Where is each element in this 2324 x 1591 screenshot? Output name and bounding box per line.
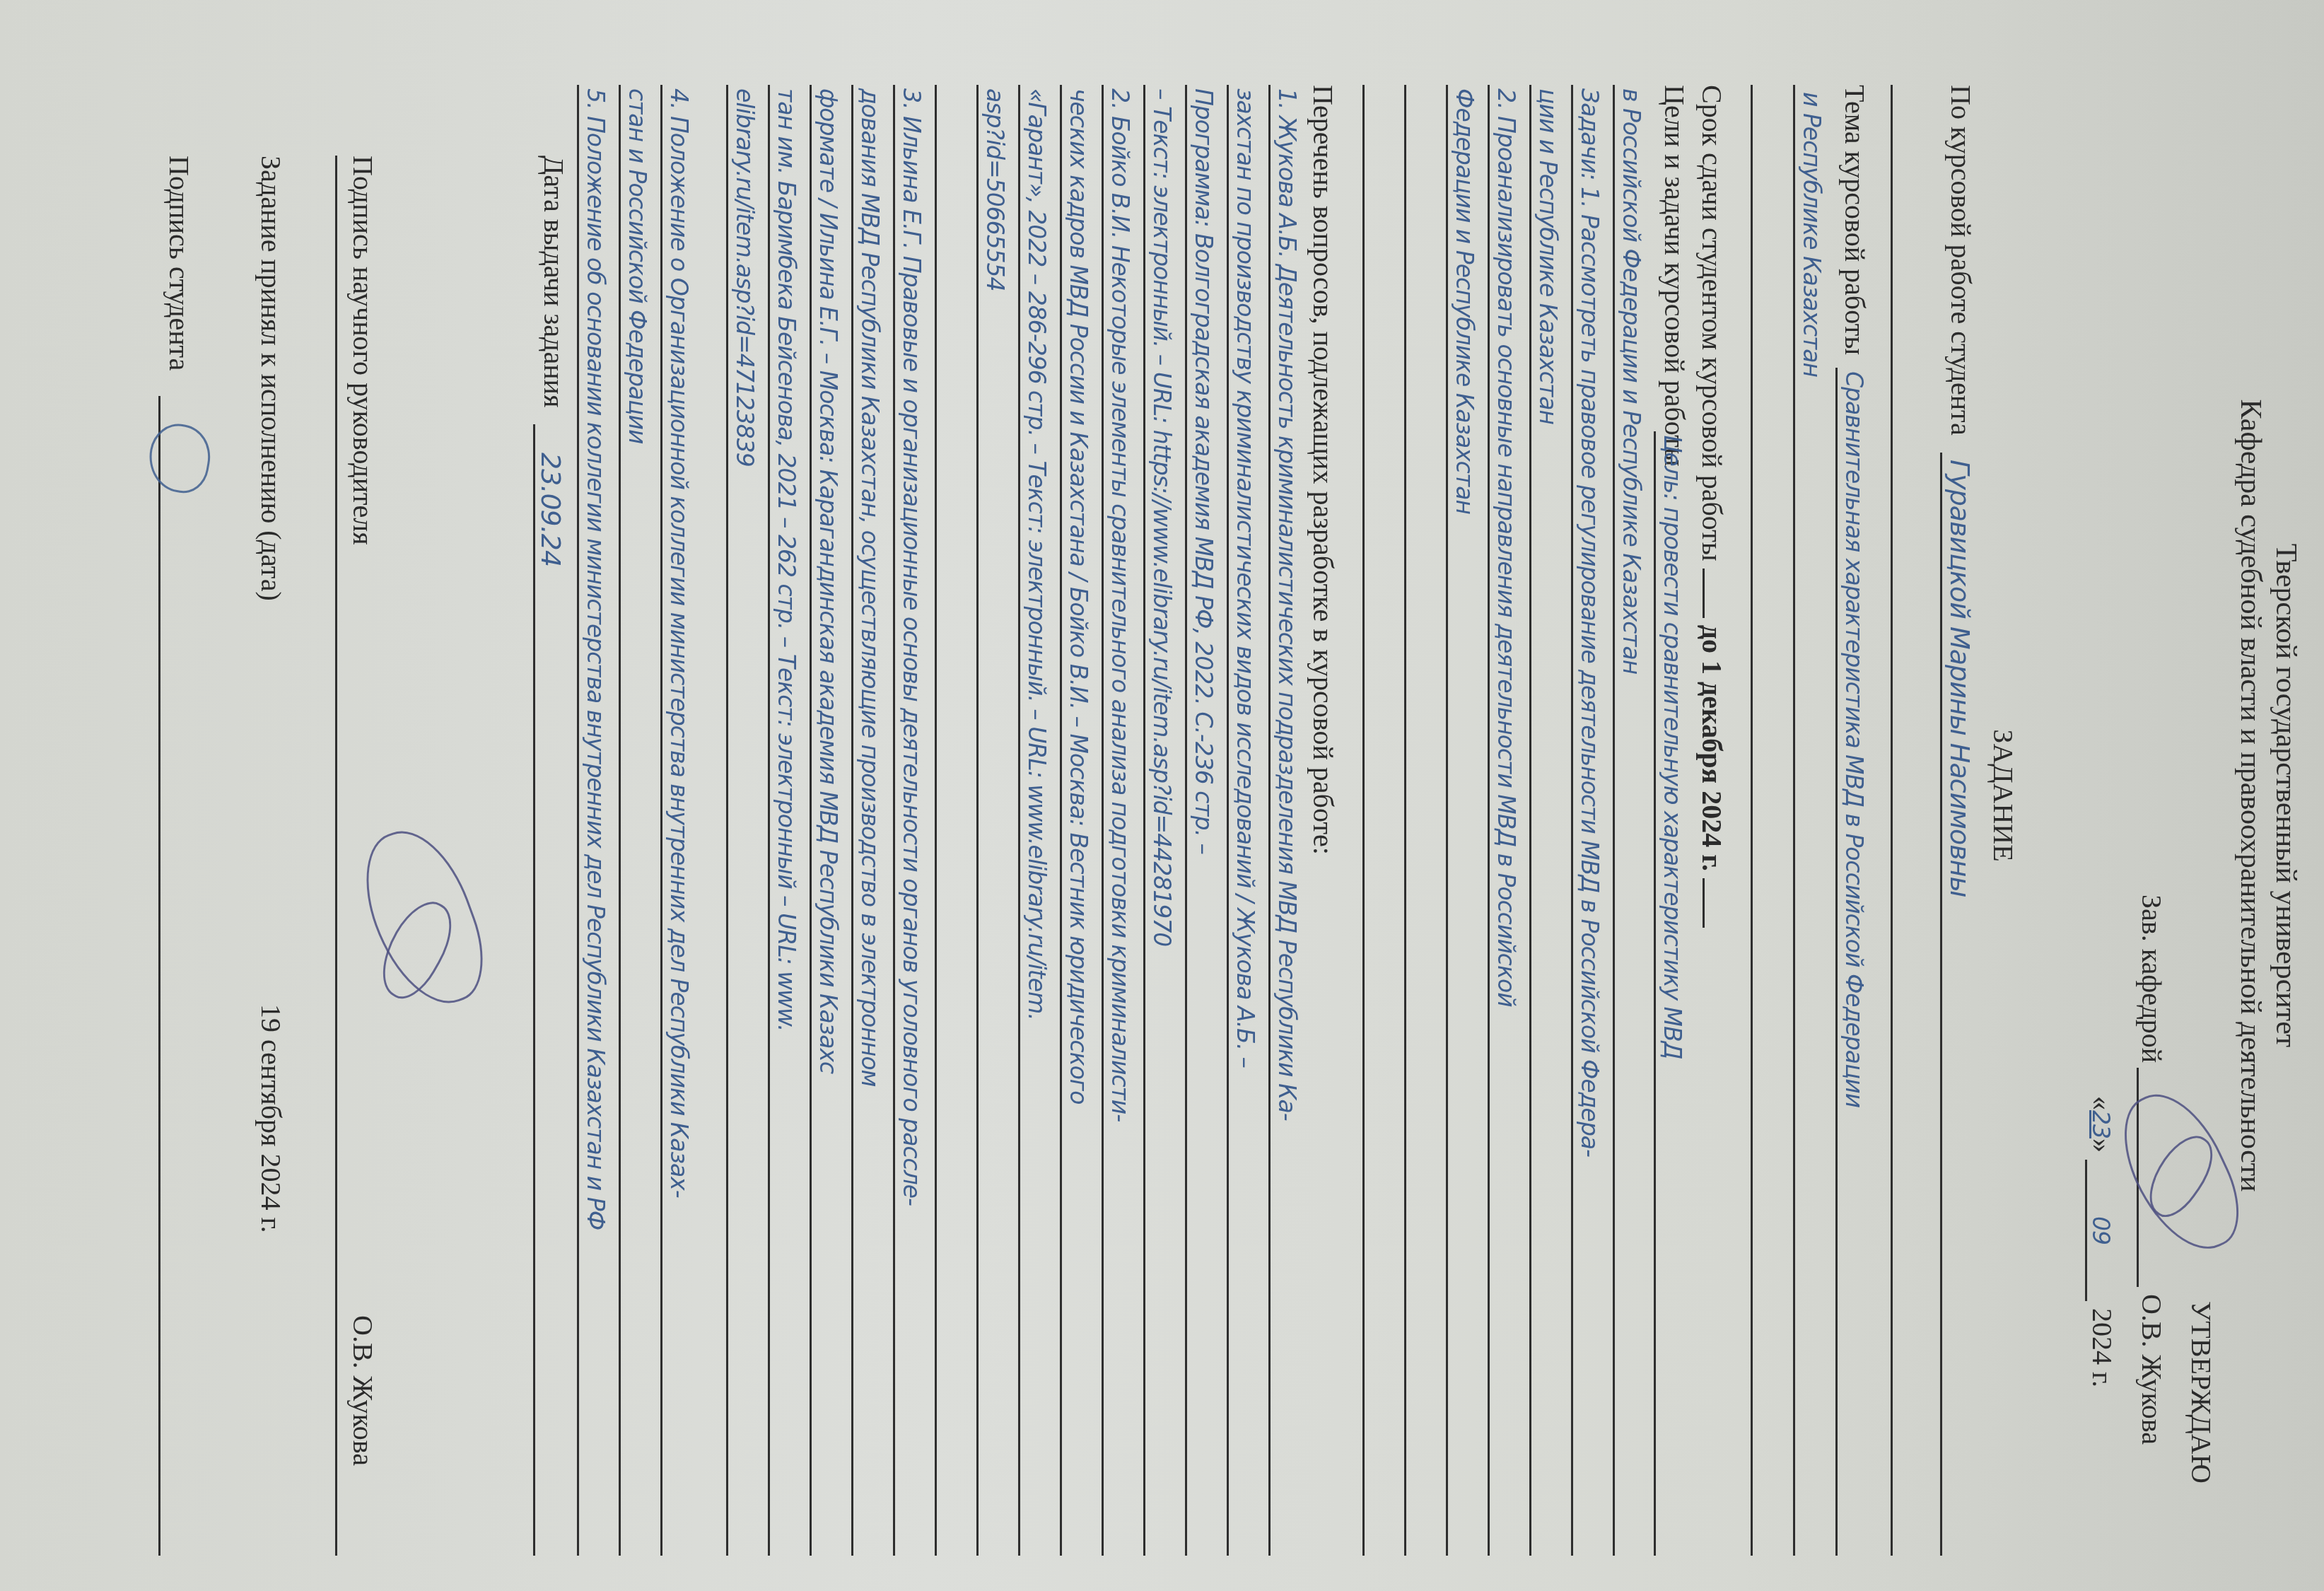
accepted-date: 19 сентября 2024 г. (255, 1004, 288, 1232)
question-text-line-9[interactable]: 3. Ильина Е.Г. Правовые и организационны… (898, 88, 925, 1206)
quote-close: » (2086, 1138, 2118, 1153)
approval-date: «23» 09 2024 г. (2085, 1096, 2119, 1387)
question-text-line-2[interactable]: захстан по производству криминалистическ… (1232, 88, 1259, 1068)
question-text-line-14[interactable]: 4. Положение о Организационной коллегии … (665, 88, 693, 1198)
topic-line-3 (1751, 85, 1753, 1556)
questions-line-13 (768, 85, 770, 1556)
questions-line-15 (660, 85, 662, 1556)
goals-line-1 (1654, 431, 1656, 1556)
assignment-form-page: Тверской государственный университет Каф… (0, 0, 2324, 1591)
topic-line-2 (1793, 85, 1795, 1556)
goals-text-line-4[interactable]: ции и Республике Казахстан (1534, 88, 1562, 424)
questions-line-10 (893, 85, 895, 1556)
questions-line-17 (577, 85, 579, 1556)
approval-year: 2024 г. (2086, 1308, 2118, 1387)
goals-line-5 (1488, 85, 1490, 1556)
questions-line-3 (1185, 85, 1187, 1556)
student-signature-icon (144, 419, 215, 496)
issue-date-value[interactable]: 23.09.24 (535, 453, 566, 566)
issue-date-label: Дата выдачи задания (537, 156, 571, 407)
head-of-department-name: О.В. Жукова (2135, 1294, 2168, 1445)
deadline-label: Срок сдачи студентом курсовой работы (1696, 85, 1728, 561)
question-text-line-16[interactable]: 5. Положение об основании коллегии минис… (582, 88, 609, 1230)
questions-line-7 (1018, 85, 1020, 1556)
accepted-label: Задание принял к исполнению (дата) (255, 156, 288, 601)
goals-text-line-3[interactable]: Задачи: 1. Рассмотреть правовое регулиро… (1576, 88, 1604, 1157)
student-signature-line (158, 396, 160, 1556)
questions-line-9 (935, 85, 937, 1556)
department-name: Кафедра судебной власти и правоохранител… (2234, 0, 2267, 1591)
deadline-row: Срок сдачи студентом курсовой работы до … (1695, 85, 1729, 928)
goals-line-8 (1362, 85, 1365, 1556)
questions-line-5 (1102, 85, 1104, 1556)
goals-line-7 (1404, 85, 1406, 1556)
supervisor-name: О.В. Жукова (346, 1315, 380, 1466)
question-text-line-4[interactable]: – Текст: электронный. – URL: https://www… (1148, 88, 1176, 946)
page-title: ЗАДАНИЕ (1987, 0, 2020, 1591)
goals-line-4 (1529, 85, 1531, 1556)
deadline-blank (1703, 569, 1705, 618)
student-label: По курсовой работе студента (1944, 85, 1978, 436)
goals-text-line-2[interactable]: в Российской Федерации и Республике Каза… (1618, 88, 1645, 674)
question-text-line-5[interactable]: 2. Бойко В.И. Некоторые элементы сравнит… (1106, 88, 1134, 1121)
questions-line-1 (1268, 85, 1271, 1556)
university-name: Тверской государственный университет (2269, 0, 2303, 1591)
photo-frame: Тверской государственный университет Каф… (0, 0, 2324, 1591)
supervisor-signature-label: Подпись научного руководителя (346, 156, 380, 545)
quote-open: « (2086, 1096, 2118, 1110)
questions-label: Перечень вопросов, подлежащих разработке… (1307, 85, 1340, 855)
approval-month: 09 (2085, 1160, 2115, 1301)
approval-label: УТВЕРЖДАЮ (2185, 1301, 2218, 1484)
goals-label: Цели и задачи курсовой работы (1658, 85, 1691, 467)
topic-text-line-2[interactable]: и Республике Казахстан (1798, 92, 1826, 377)
goals-text-line-5[interactable]: 2. Проанализировать основные направления… (1493, 88, 1520, 1007)
question-text-line-10[interactable]: дования МВД Республики Казахстан, осущес… (856, 88, 884, 1086)
questions-line-8 (976, 85, 979, 1556)
supervisor-line (335, 156, 337, 1556)
questions-line-14 (726, 85, 728, 1556)
topic-label: Тема курсовой работы (1838, 85, 1872, 355)
question-text-line-3[interactable]: Программа: Волгоградская академия МВД РФ… (1190, 88, 1218, 854)
question-text-line-15[interactable]: стан и Российской Федерации (624, 88, 651, 443)
questions-line-4 (1143, 85, 1145, 1556)
deadline-blank-end (1703, 878, 1705, 928)
blank-line (1891, 85, 1893, 1556)
questions-line-2 (1227, 85, 1229, 1556)
goals-line-6 (1446, 85, 1448, 1556)
questions-line-6 (1060, 85, 1062, 1556)
topic-line-1 (1835, 368, 1838, 1556)
approval-day: 23 (2087, 1110, 2115, 1138)
student-name-line (1940, 453, 1942, 1556)
student-name[interactable]: Гуравицкой Марины Насимовны (1944, 460, 1975, 897)
goals-text-line-6[interactable]: Федерации и Республике Казахстан (1451, 88, 1478, 514)
question-text-line-6[interactable]: ческих кадров МВД России и Казахстана / … (1065, 88, 1092, 1104)
question-text-line-11[interactable]: формате / Ильина Е.Г. – Москва: Караганд… (814, 88, 842, 1073)
goals-text-line-1[interactable]: Цель: провести сравнительную характерист… (1659, 435, 1686, 1059)
goals-line-2 (1613, 85, 1615, 1556)
goals-line-3 (1571, 85, 1573, 1556)
question-text-line-12[interactable]: тан им. Баримбека Бейсенова, 2021 – 262 … (773, 88, 800, 1031)
student-signature-label: Подпись студента (163, 156, 196, 371)
questions-line-16 (619, 85, 621, 1556)
topic-text-line-1[interactable]: Сравнительная характеристика МВД в Росси… (1840, 371, 1868, 1107)
question-text-line-7[interactable]: «Гарант», 2022 – 286-296 стр. – Текст: э… (1023, 88, 1051, 1020)
question-text-line-8[interactable]: asp?id=50665554 (981, 88, 1009, 291)
questions-line-12 (810, 85, 812, 1556)
head-of-department-label: Зав. кафедрой (2135, 894, 2168, 1063)
deadline-value: до 1 декабря 2024 г. (1696, 625, 1728, 871)
questions-line-11 (851, 85, 853, 1556)
question-text-line-13[interactable]: elibrary.ru/item.asp?id=47123839 (731, 88, 759, 467)
issue-date-line (533, 424, 535, 1556)
question-text-line-1[interactable]: 1. Жукова А.Б. Деятельность криминалисти… (1273, 88, 1301, 1121)
